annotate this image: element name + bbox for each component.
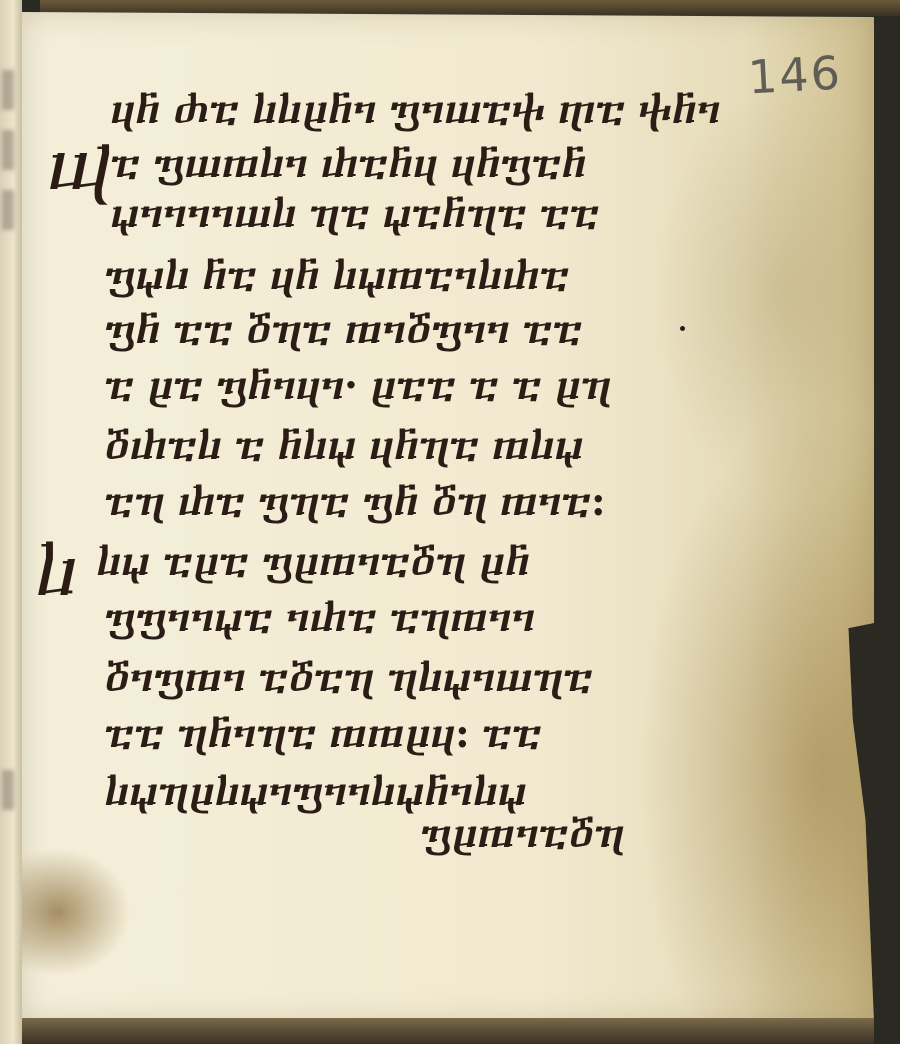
manuscript-line: ⴗⴌ ⴛⴀ ⴑⴑⴞⴌⴈ ⴂⴈⴍⴀⴕ ⴅⴀ ⴕⴌⴈ [110, 88, 720, 132]
bleed-through-mark [2, 190, 14, 230]
manuscript-line: ⴀⴀ ⴄⴌⴈⴄⴀ ⴊⴊⴞⴗ: ⴀⴀ [104, 712, 542, 756]
manuscript-line: ⴑⴤ ⴀⴞⴀ ⴂⴞⴊⴈⴀⴃⴄ ⴞⴌ [96, 540, 529, 584]
adjacent-leaf [0, 0, 22, 1044]
manuscript-photo: 146 ⴓ ⴑ ⴗⴌ ⴛⴀ ⴑⴑⴞⴌⴈ ⴂⴈⴍⴀⴕ ⴅⴀ ⴕⴌⴈ ⴀ ⴂⴍⴊⴑⴈ… [0, 0, 900, 1044]
folio-number: 146 [747, 46, 844, 105]
bleed-through-mark [2, 130, 14, 170]
ink-dot [680, 326, 685, 331]
manuscript-line: ⴂⴌ ⴀⴀ ⴃⴄⴀ ⴊⴈⴃⴂⴈⴈ ⴀⴀ [104, 308, 582, 352]
manuscript-line: ⴑⴤⴄⴞⴑⴤⴈⴂⴈⴈⴑⴤⴌⴈⴑⴤ [104, 770, 526, 814]
decorated-initial: ⴑ [34, 530, 79, 612]
manuscript-line: ⴀ ⴞⴀ ⴂⴌⴈⴗⴈ· ⴞⴀⴀ ⴀ ⴀ ⴞⴄ [104, 364, 611, 408]
manuscript-line: ⴀ ⴂⴍⴊⴑⴈ ⴐⴀⴌⴗ ⴗⴌⴂⴀⴌ [110, 142, 586, 186]
manuscript-line: ⴂⴞⴊⴈⴀⴃⴄ [420, 812, 624, 856]
manuscript-line: ⴃⴈⴂⴊⴈ ⴀⴃⴀⴄ ⴄⴑⴤⴈⴍⴄⴀ [104, 656, 593, 700]
manuscript-line: ⴂⴂⴈⴈⴤⴀ ⴈⴐⴀ ⴀⴄⴊⴈⴈ [104, 596, 535, 640]
binding-bottom-edge [22, 1018, 874, 1044]
manuscript-line: ⴤⴈⴈⴈⴈⴍⴑ ⴄⴀ ⴤⴀⴌⴄⴀ ⴀⴀ [110, 192, 599, 236]
bleed-through-mark [2, 70, 14, 110]
decorated-initial: ⴓ [46, 124, 113, 206]
bleed-through-mark [2, 770, 14, 810]
manuscript-line: ⴃⴐⴀⴑ ⴀ ⴌⴑⴤ ⴗⴌⴄⴀ ⴊⴑⴤ [104, 424, 583, 468]
manuscript-line: ⴂⴤⴑ ⴌⴀ ⴗⴌ ⴑⴤⴊⴀⴈⴑⴐⴀ [104, 254, 569, 298]
manuscript-line: ⴀⴄ ⴐⴀ ⴂⴄⴀ ⴂⴌ ⴃⴄ ⴊⴈⴀ: [104, 480, 605, 524]
